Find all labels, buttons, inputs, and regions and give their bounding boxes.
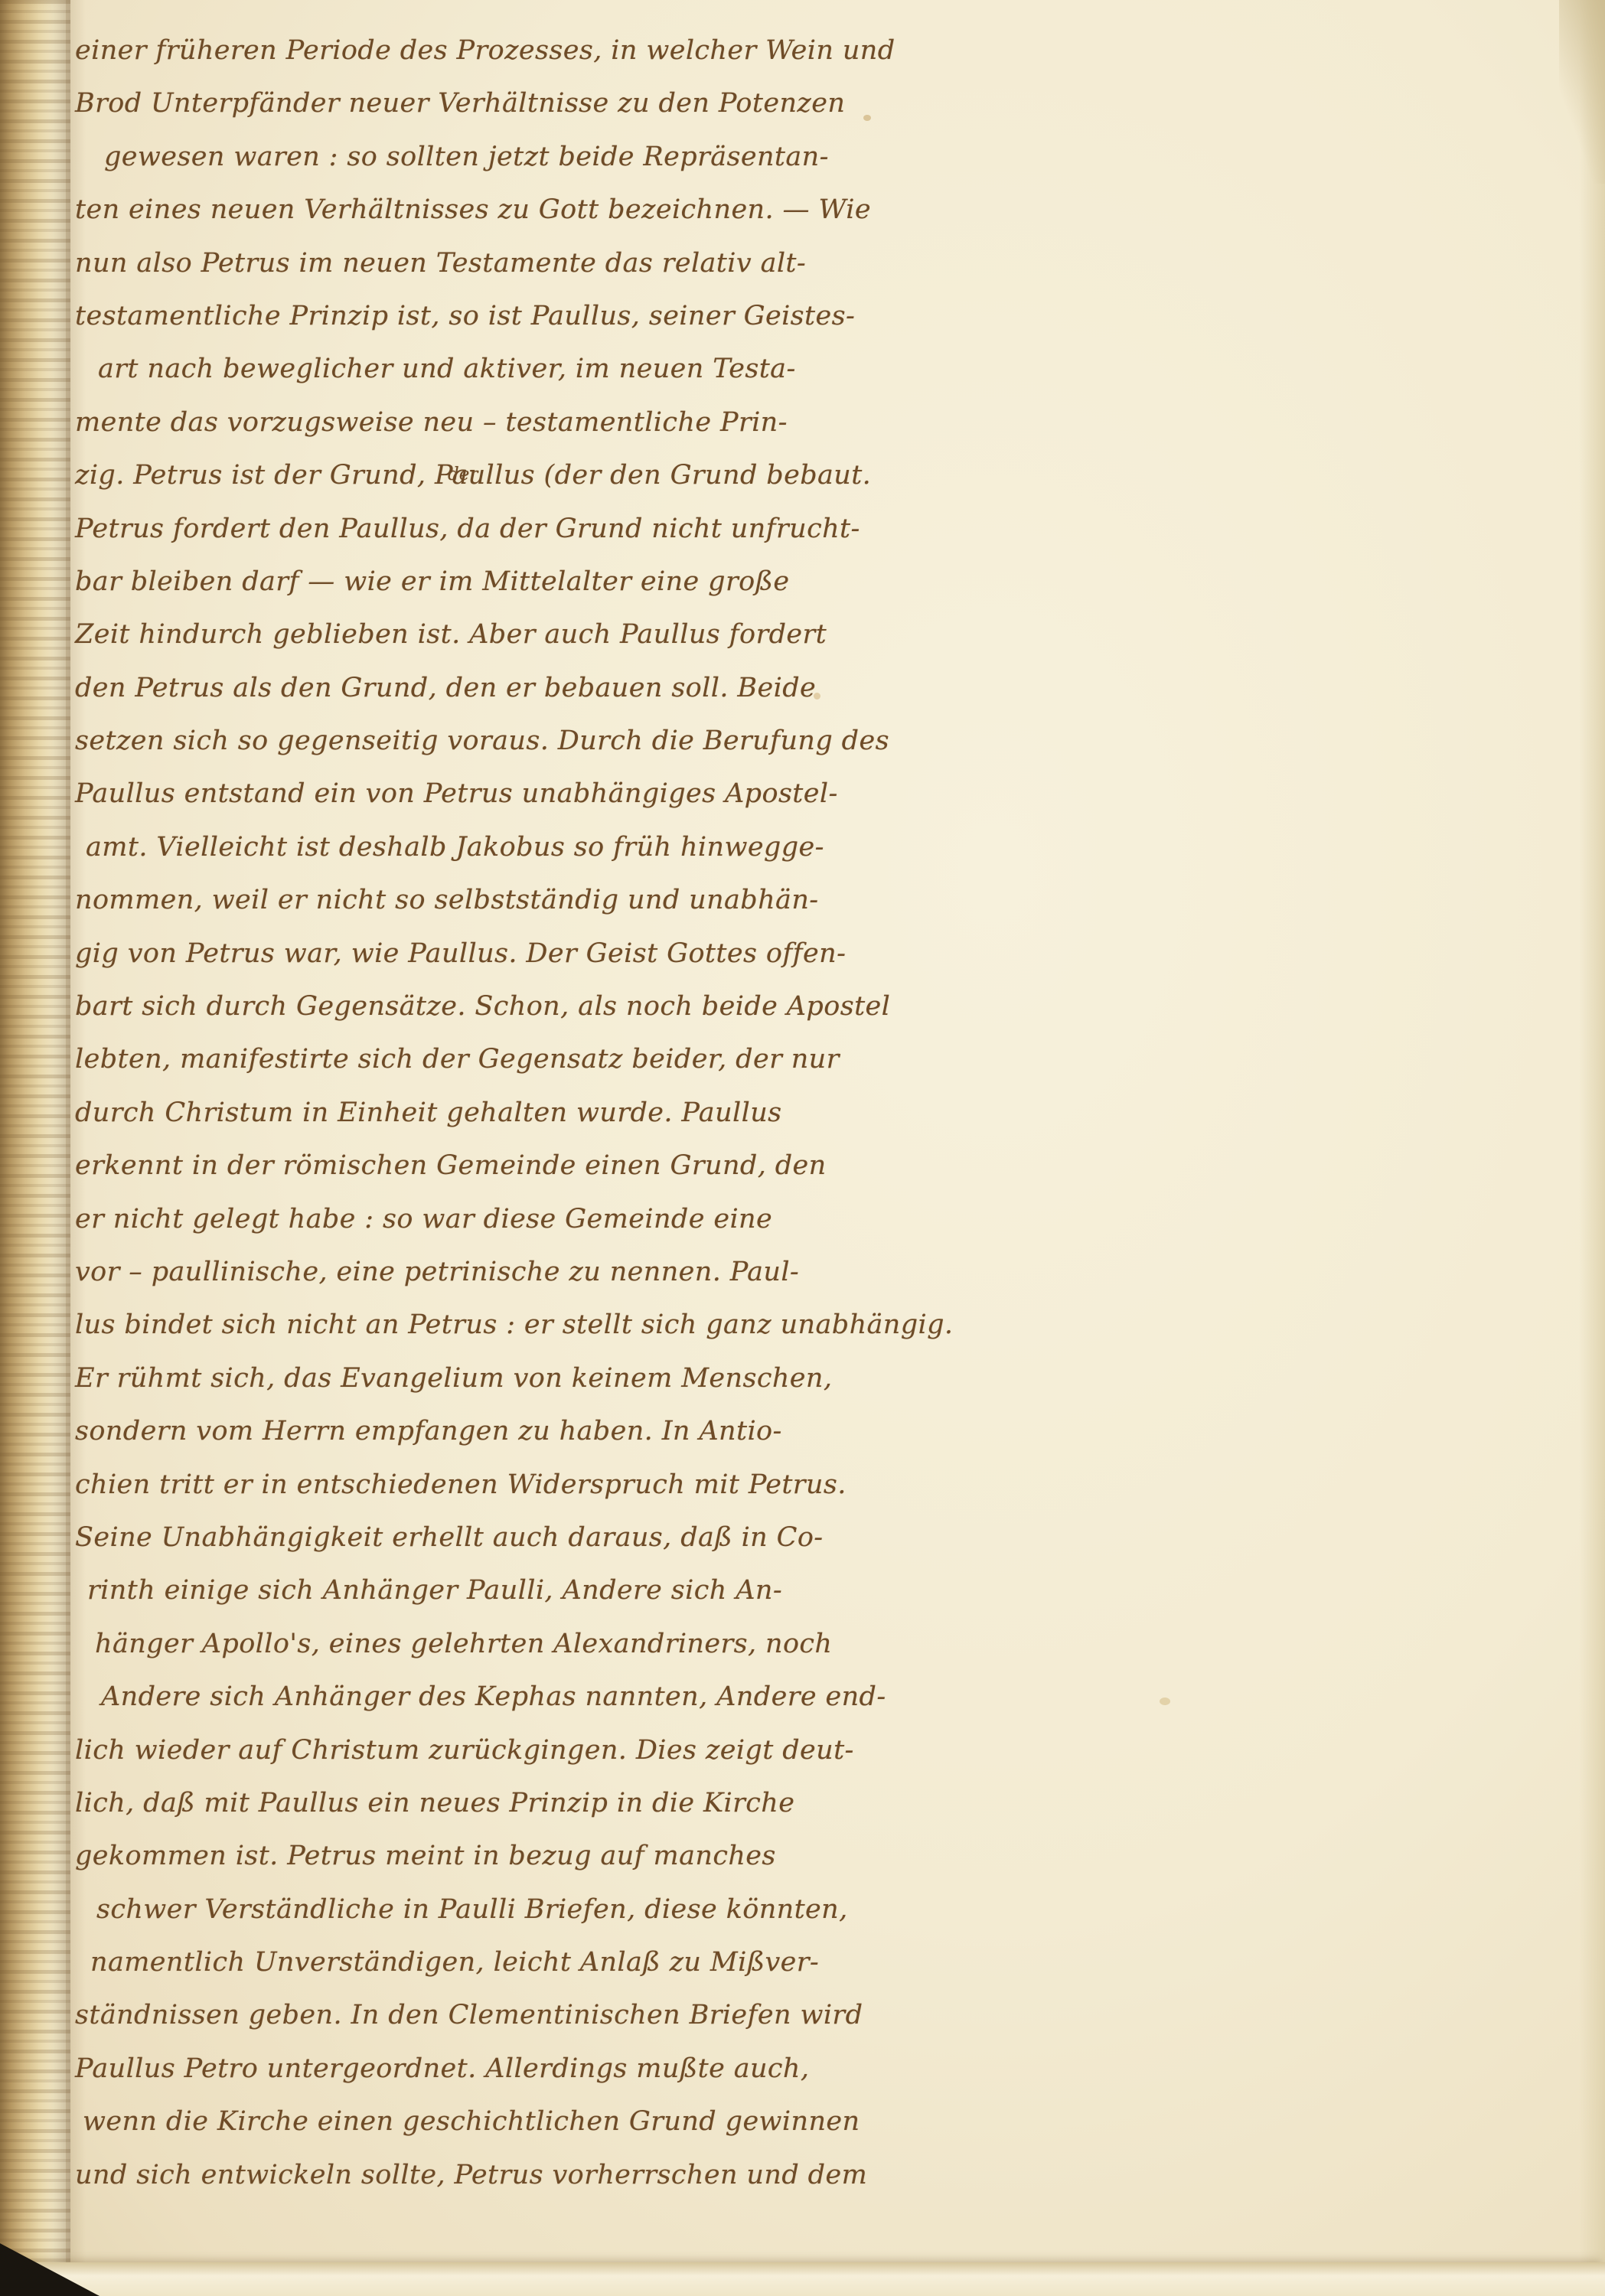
manuscript-line: und sich entwickeln sollte, Petrus vorhe…	[75, 2160, 917, 2213]
text-block: einer früheren Periode des Prozesses, in…	[75, 35, 917, 2213]
manuscript-line: testamentliche Prinzip ist, so ist Paull…	[75, 301, 917, 354]
manuscript-line: lich, daß mit Paullus ein neues Prinzip …	[75, 1788, 917, 1841]
manuscript-line: Andere sich Anhänger des Kephas nannten,…	[101, 1681, 917, 1734]
manuscript-line: ten eines neuen Verhältnisses zu Gott be…	[75, 194, 917, 247]
manuscript-line: sondern vom Herrn empfangen zu haben. In…	[75, 1416, 917, 1469]
manuscript-line: hänger Apollo's, eines gelehrten Alexand…	[95, 1629, 917, 1681]
manuscript-line: zig. Petrus ist der Grund, Paullus (der …	[75, 460, 917, 513]
manuscript-line: schwer Verständliche in Paulli Briefen, …	[96, 1894, 917, 1947]
manuscript-line: bart sich durch Gegensätze. Schon, als n…	[75, 991, 917, 1044]
foxing-spot	[1160, 1698, 1170, 1705]
manuscript-line: lus bindet sich nicht an Petrus : er ste…	[75, 1309, 917, 1362]
manuscript-line: amt. Vielleicht ist deshalb Jakobus so f…	[86, 832, 917, 885]
foxing-spot	[814, 693, 820, 700]
manuscript-line: nommen, weil er nicht so selbstständig u…	[75, 885, 917, 938]
manuscript-line: bar bleiben darf — wie er im Mittelalter…	[75, 566, 917, 619]
manuscript-line: Zeit hindurch geblieben ist. Aber auch P…	[75, 619, 917, 672]
manuscript-page: einer früheren Periode des Prozesses, in…	[0, 0, 1605, 2296]
manuscript-line: gekommen ist. Petrus meint in bezug auf …	[75, 1841, 917, 1893]
manuscript-line: gewesen waren : so sollten jetzt beide R…	[104, 142, 917, 194]
foxing-spot	[863, 115, 871, 121]
book-binding-edge	[0, 0, 70, 2296]
manuscript-line: ständnissen geben. In den Clementinische…	[75, 2000, 917, 2053]
manuscript-line: wenn die Kirche einen geschichtlichen Gr…	[83, 2106, 917, 2159]
manuscript-line: rinth einige sich Anhänger Paulli, Ander…	[87, 1575, 917, 1628]
manuscript-line: mente das vorzugsweise neu – testamentli…	[75, 407, 917, 460]
manuscript-line: Seine Unabhängigkeit erhellt auch daraus…	[75, 1522, 917, 1575]
manuscript-line: den Petrus als den Grund, den er bebauen…	[75, 673, 917, 726]
manuscript-line: einer früheren Periode des Prozesses, in…	[75, 35, 917, 88]
manuscript-line: er nicht gelegt habe : so war diese Geme…	[75, 1204, 917, 1257]
manuscript-line: erkennt in der römischen Gemeinde einen …	[75, 1150, 917, 1203]
manuscript-line: gig von Petrus war, wie Paullus. Der Gei…	[75, 938, 917, 991]
manuscript-line: Brod Unterpfänder neuer Verhältnisse zu …	[75, 88, 917, 141]
page-bottom-fold	[0, 2262, 1605, 2296]
manuscript-line: durch Christum in Einheit gehalten wurde…	[75, 1097, 917, 1150]
manuscript-line: Paullus entstand ein von Petrus unabhäng…	[75, 778, 917, 831]
manuscript-line: Paullus Petro untergeordnet. Allerdings …	[75, 2053, 917, 2106]
manuscript-line: Petrus fordert den Paullus, da der Grund…	[75, 514, 917, 566]
manuscript-line: setzen sich so gegenseitig voraus. Durch…	[75, 726, 917, 778]
manuscript-line: Er rühmt sich, das Evangelium von keinem…	[75, 1363, 917, 1416]
page-right-edge	[1579, 0, 1605, 2296]
manuscript-line: namentlich Unverständigen, leicht Anlaß …	[90, 1947, 917, 2000]
manuscript-line: chien tritt er in entschiedenen Widerspr…	[75, 1469, 917, 1522]
page-right-corner-edge	[1559, 0, 1605, 184]
manuscript-line: art nach beweglicher und aktiver, im neu…	[98, 354, 917, 406]
manuscript-line: nun also Petrus im neuen Testamente das …	[75, 248, 917, 301]
manuscript-line: lich wieder auf Christum zurückgingen. D…	[75, 1735, 917, 1788]
interlinear-insertion: der	[448, 465, 478, 484]
manuscript-line: lebten, manifestirte sich der Gegensatz …	[75, 1044, 917, 1097]
manuscript-line: vor – paullinische, eine petrinische zu …	[75, 1257, 917, 1309]
